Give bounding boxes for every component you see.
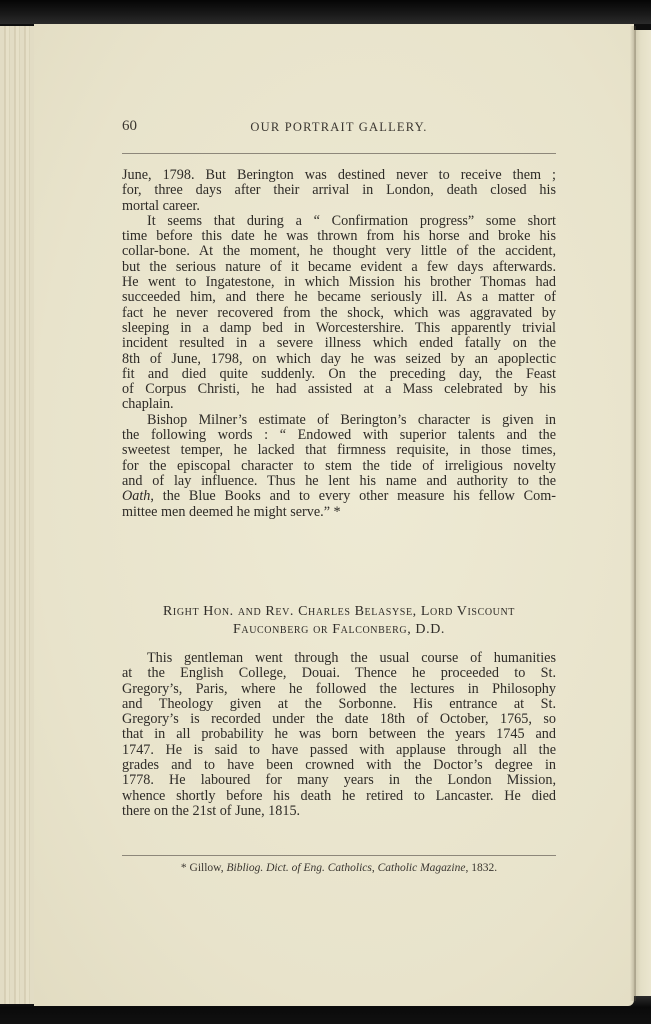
- text-line: Bishop Milner’s estimate of Berington’s …: [122, 413, 556, 428]
- text-line: Gregory’s is recorded under the date 18t…: [122, 712, 556, 727]
- footnote: * Gillow, Bibliog. Dict. of Eng. Catholi…: [122, 862, 556, 874]
- text-line: that in all probability he was born betw…: [122, 727, 556, 742]
- text-line: fit and died quite suddenly. On the prec…: [122, 367, 556, 382]
- text-line: succeeded him, and there he became serio…: [122, 290, 556, 305]
- text-line: collar-bone. At the moment, he thought v…: [122, 244, 556, 259]
- text-line: there on the 21st of June, 1815.: [122, 804, 556, 819]
- footnote-title-1: Bibliog. Dict. of Eng. Catholics: [227, 862, 372, 874]
- text-line: June, 1798. But Berington was destined n…: [122, 168, 556, 183]
- book-top-edge: [0, 0, 651, 24]
- paragraph-4: This gentleman went through the usual co…: [122, 651, 556, 819]
- text-line: but the serious nature of it became evid…: [122, 260, 556, 275]
- footnote-marker: * Gillow,: [181, 862, 227, 874]
- text-line: time before this date he was thrown from…: [122, 229, 556, 244]
- body-text-section-1: June, 1798. But Berington was destined n…: [122, 168, 556, 520]
- text-line: at the English College, Douai. Thence he…: [122, 666, 556, 681]
- heading-line-1: Right Hon. and Rev. Charles Belasyse, Lo…: [122, 603, 556, 621]
- text-line: chaplain.: [122, 397, 556, 412]
- text-line: mortal career.: [122, 199, 556, 214]
- text-line: He went to Ingatestone, in which Mission…: [122, 275, 556, 290]
- text-line: grades and to have been crowned with the…: [122, 758, 556, 773]
- paragraph-2: It seems that during a “ Confirmation pr…: [122, 214, 556, 413]
- text-line: Oath, the Blue Books and to every other …: [122, 489, 556, 504]
- text-line: for, three days after their arrival in L…: [122, 183, 556, 198]
- paragraph-1: June, 1798. But Berington was destined n…: [122, 168, 556, 214]
- gutter-shadow: [630, 26, 636, 1001]
- text-line: 8th of June, 1798, on which day he was s…: [122, 352, 556, 367]
- facing-page-edge: [634, 30, 651, 996]
- header-rule: [122, 153, 556, 154]
- text-line: incident resulted in a severe illness wh…: [122, 336, 556, 351]
- text-line: 1778. He laboured for many years in the …: [122, 773, 556, 788]
- text-line: 1747. He is said to have passed with app…: [122, 743, 556, 758]
- text-line: for the episcopal character to stem the …: [122, 459, 556, 474]
- text-line: Gregory’s, Paris, where he followed the …: [122, 682, 556, 697]
- text-line: whence shortly before his death he retir…: [122, 789, 556, 804]
- footnote-title-2: Catholic Magazine: [378, 862, 466, 874]
- running-title: OUR PORTRAIT GALLERY.: [122, 120, 556, 135]
- section-heading: Right Hon. and Rev. Charles Belasyse, Lo…: [122, 603, 556, 639]
- paragraph-3: Bishop Milner’s estimate of Berington’s …: [122, 413, 556, 520]
- footnote-tail: , 1832.: [465, 862, 497, 874]
- text-line: fact he never recovered from the shock, …: [122, 306, 556, 321]
- italic-oath: Oath: [122, 488, 150, 504]
- text-fragment: , the Blue Books and to every other meas…: [150, 488, 556, 504]
- text-line: and of lay influence. Thus he lent his n…: [122, 474, 556, 489]
- text-line: and Theology given at the Sorbonne. His …: [122, 697, 556, 712]
- body-text-section-2: This gentleman went through the usual co…: [122, 651, 556, 819]
- text-line: mittee men deemed he might serve.” *: [122, 505, 556, 520]
- text-line: It seems that during a “ Confirmation pr…: [122, 214, 556, 229]
- text-line: the following words : “ Endowed with sup…: [122, 428, 556, 443]
- text-line: sweetest temper, he lacked that firmness…: [122, 443, 556, 458]
- text-line: sleeping in a damp bed in Worcestershire…: [122, 321, 556, 336]
- running-head: 60 OUR PORTRAIT GALLERY.: [122, 118, 556, 138]
- text-line: This gentleman went through the usual co…: [122, 651, 556, 666]
- text-line: of Corpus Christi, he had assisted at a …: [122, 382, 556, 397]
- heading-line-2: Fauconberg or Falconberg, D.D.: [122, 621, 556, 639]
- footnote-rule: [122, 855, 556, 856]
